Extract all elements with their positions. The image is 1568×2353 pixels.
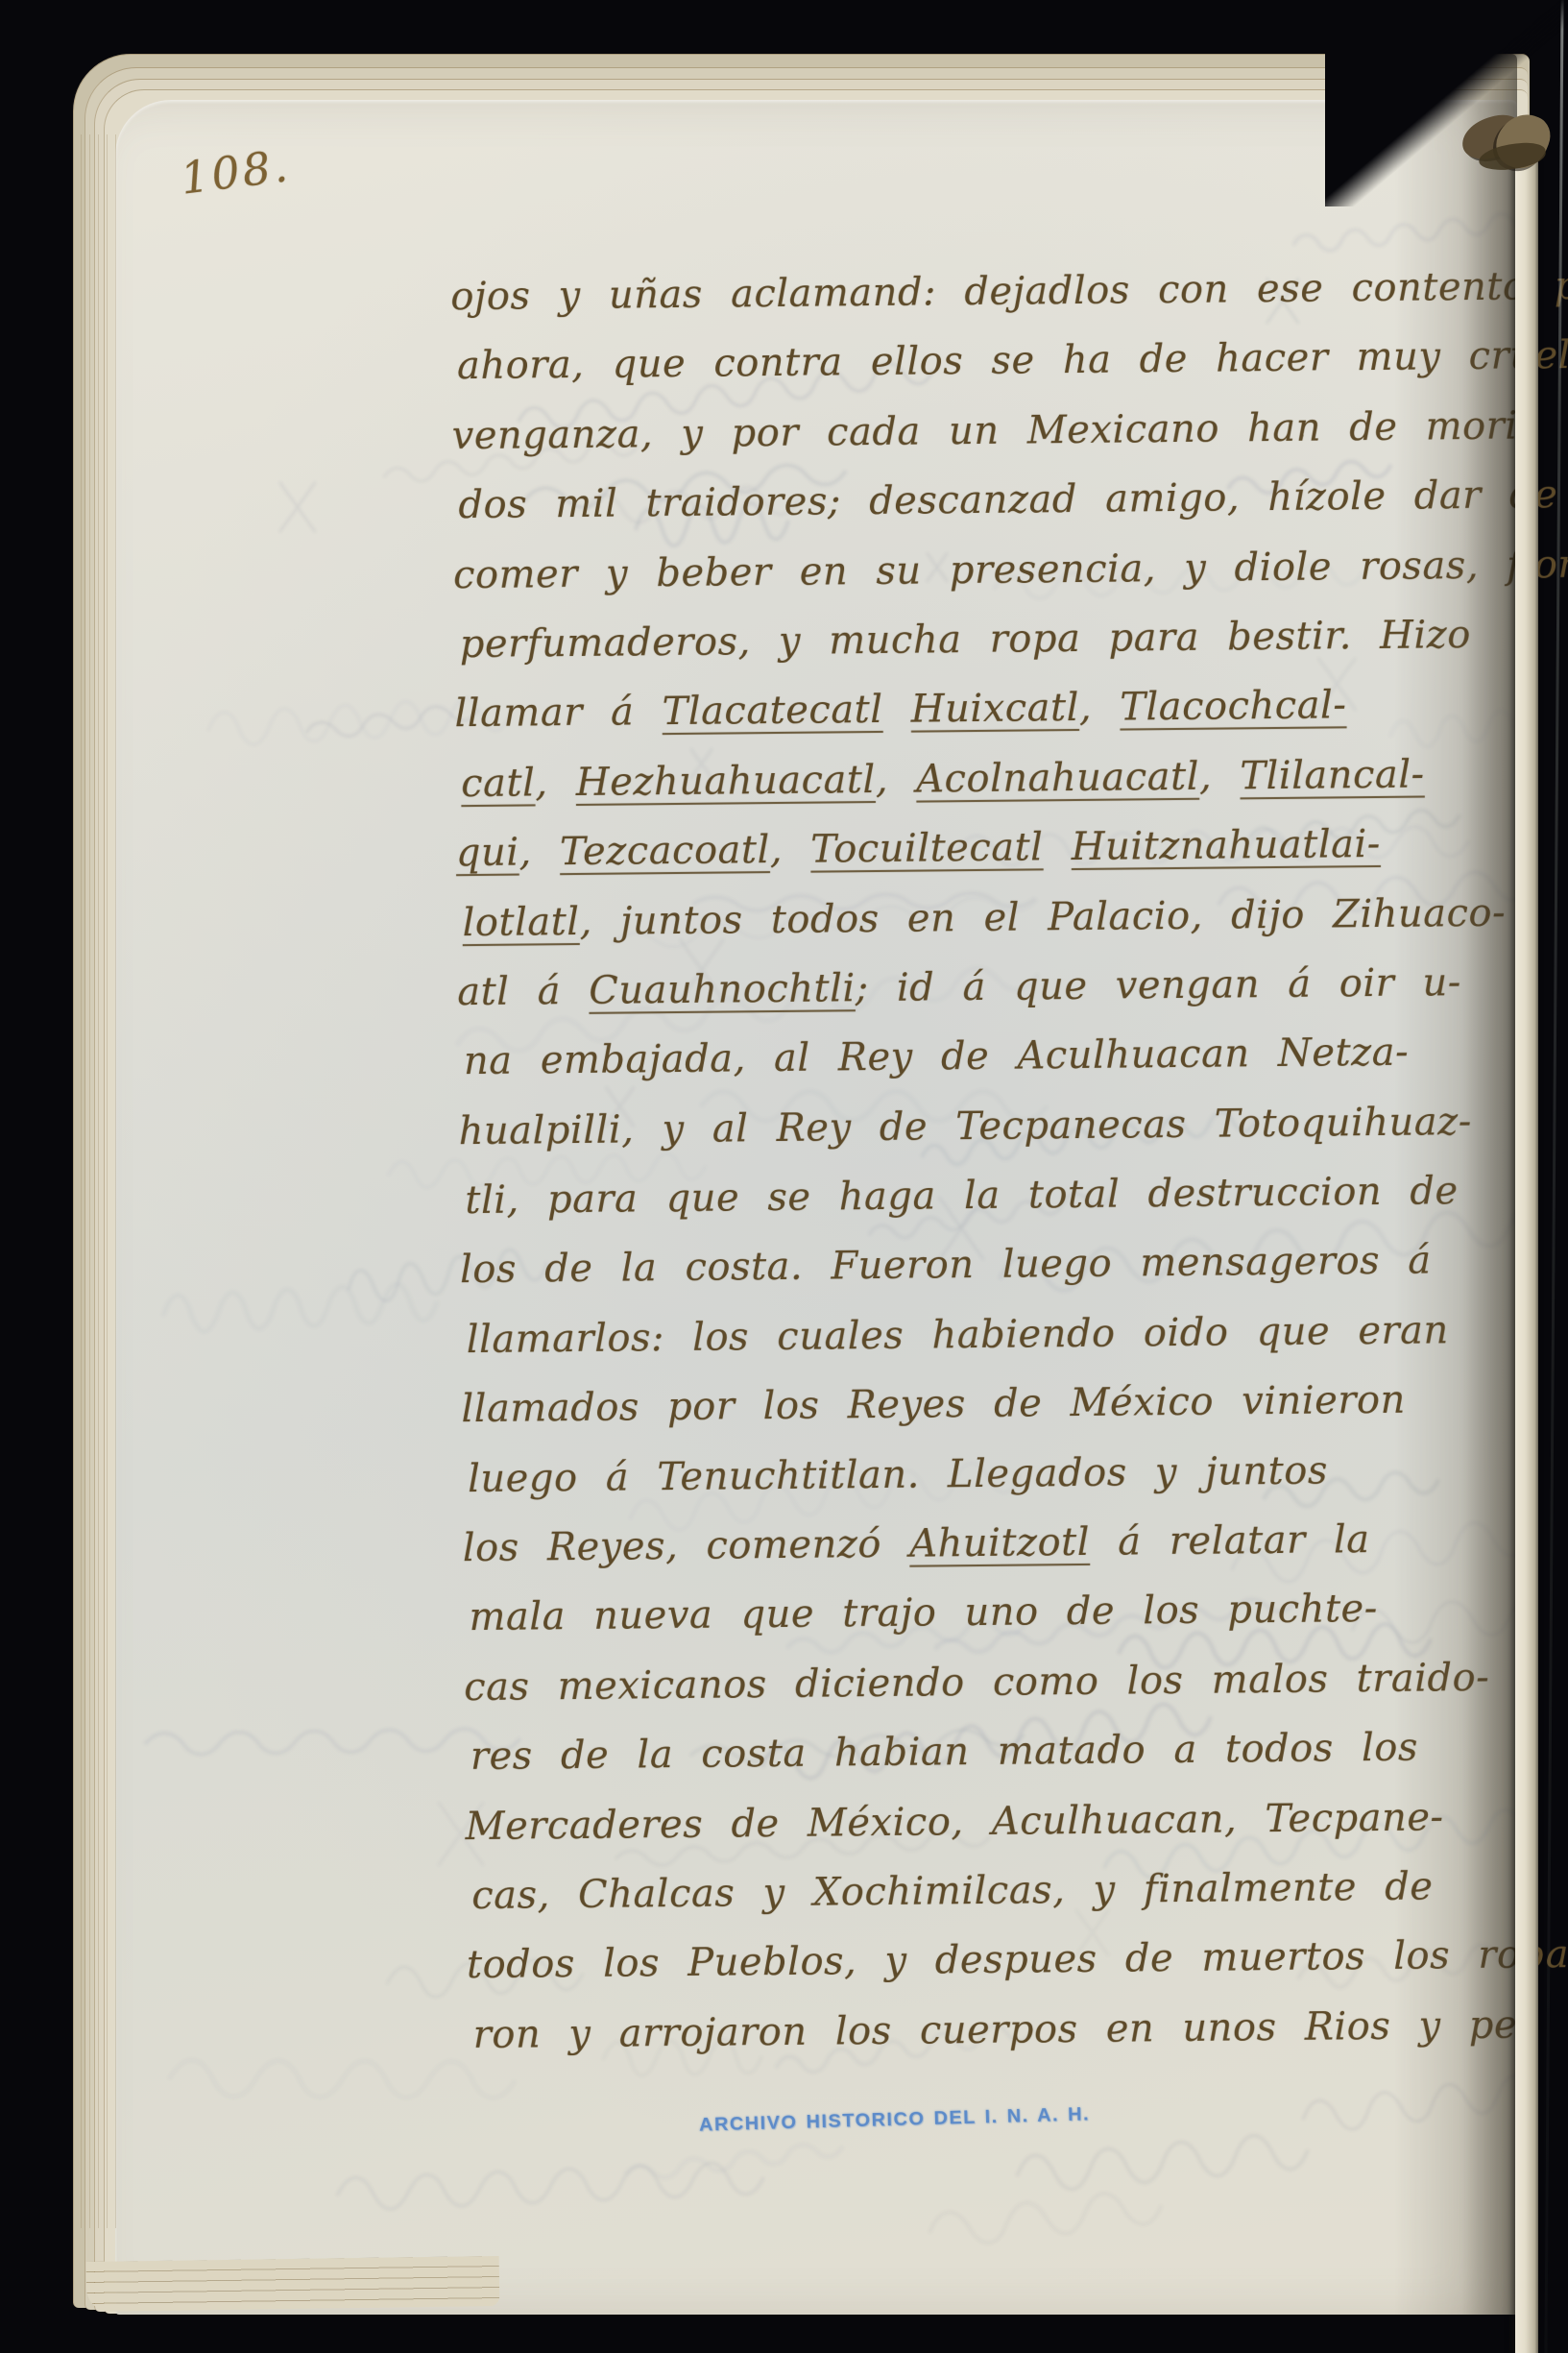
manuscript-line: tli, para que se haga la total destrucci… [465, 1156, 1497, 1236]
manuscript-line: qui, Tezcacoatl, Tocuiltecatl Huitznahua… [456, 809, 1494, 888]
manuscript-line: atl á Cuauhnochtli; id á que vengan á oi… [457, 948, 1495, 1028]
manuscript-line: llamarlos: los cuales habiendo oido que … [466, 1296, 1498, 1375]
manuscript-line: llamar á Tlacatecatl Huixcatl, Tlacochca… [454, 669, 1492, 749]
manuscript-line: Mercaderes de México, Aculhuacan, Tecpan… [465, 1782, 1503, 1861]
manuscript-line: todos los Pueblos, y despues de muertos … [467, 1921, 1505, 2001]
book-photograph: 108. ojos y uñas aclamand: dejadlos con … [0, 0, 1568, 2353]
top-right-shadow [1325, 0, 1568, 206]
sheet-edge-lines [81, 134, 119, 2228]
manuscript-line: cas mexicanos diciendo como los malos tr… [464, 1643, 1502, 1723]
manuscript-line: dos mil traidores; descanzad amigo, hízo… [458, 461, 1490, 541]
manuscript-line: catl, Hezhuahuacatl, Acolnahuacatl, Tlil… [461, 740, 1493, 819]
gutter-shadow [1394, 54, 1517, 2315]
manuscript-text: ojos y uñas aclamand: dejadlos con ese c… [450, 253, 1505, 2070]
manuscript-line: ron y arrojaron los cuerpos en unos Rios… [472, 1991, 1505, 2071]
manuscript-line: cas, Chalcas y Xochimilcas, y finalmente… [471, 1852, 1504, 1931]
manuscript-line: ahora, que contra ellos se ha de hacer m… [457, 322, 1489, 401]
manuscript-line: mala nueva que trajo uno de los puchte- [469, 1573, 1501, 1653]
manuscript-line: luego á Tenuchtitlan. Llegados y juntos [468, 1434, 1500, 1514]
manuscript-line: los de la costa. Fueron luego mensageros… [460, 1225, 1498, 1305]
manuscript-line: los Reyes, comenzó Ahuitzotl á relatar l… [462, 1504, 1500, 1584]
manuscript-line: hualpilli, y al Rey de Tecpanecas Totoqu… [458, 1087, 1496, 1167]
manuscript-line: ojos y uñas aclamand: dejadlos con ese c… [450, 253, 1488, 332]
manuscript-line: perfumaderos, y mucha ropa para bestir. … [459, 600, 1491, 680]
manuscript-line: lotlatl, juntos todos en el Palacio, dij… [462, 878, 1494, 958]
next-page-edge [1515, 161, 1538, 2353]
manuscript-line: res de la costa habian matado a todos lo… [470, 1712, 1503, 1792]
manuscript-line: venganza, y por cada un Mexicano han de … [451, 392, 1489, 472]
manuscript-line: llamados por los Reyes de México viniero… [461, 1365, 1499, 1444]
manuscript-line: na embajada, al Rey de Aculhuacan Netza- [464, 1017, 1496, 1097]
manuscript-line: comer y beber en su presencia, y diole r… [453, 530, 1491, 610]
fanned-bottom-edges [86, 2256, 500, 2312]
